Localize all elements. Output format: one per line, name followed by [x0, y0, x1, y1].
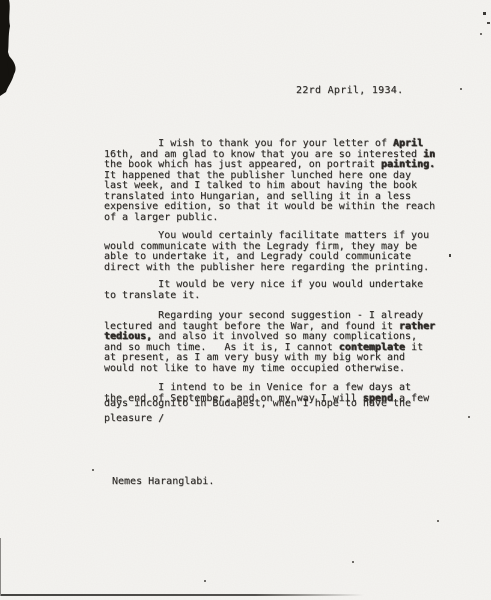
letter-line: direct with the publisher here regarding…	[104, 263, 454, 274]
dust-speck	[449, 254, 451, 257]
page-bottom-edge	[0, 594, 364, 596]
dust-speck	[92, 469, 94, 471]
overstruck-text: rather	[399, 321, 435, 332]
dust-speck	[468, 416, 470, 418]
dust-speck	[460, 88, 462, 90]
signature-name: Nemes Haranglabi.	[112, 476, 214, 487]
dust-speck	[204, 580, 206, 582]
overstruck-text: April	[393, 138, 423, 149]
dust-speck	[480, 33, 482, 35]
overstruck-text: tedious,	[104, 331, 152, 342]
paragraph: It would be very nice if you would under…	[104, 280, 454, 301]
page-left-edge	[0, 538, 1, 596]
letter-page: 22rd April, 1934. I wish to thank you fo…	[0, 0, 491, 600]
dust-speck	[487, 22, 490, 24]
paragraph: You would certainly facilitate matters i…	[104, 231, 454, 273]
paragraph: Regarding your second suggestion - I alr…	[104, 311, 454, 374]
dust-speck	[437, 520, 439, 522]
overstruck-text: contemplate	[339, 342, 405, 353]
letter-line: pleasure /	[104, 414, 454, 425]
letter-line: would not like to have my time occupied …	[104, 364, 454, 375]
overstruck-text: painting.	[381, 159, 435, 170]
letter-line: of a larger public.	[104, 213, 454, 224]
letter-line: days incognito in Budapest, when I hope …	[104, 399, 454, 410]
paragraph: I wish to thank you for your letter of A…	[104, 139, 454, 223]
letter-line: to translate it.	[104, 291, 454, 302]
letter-date: 22rd April, 1934.	[296, 85, 403, 96]
letter-body: I wish to thank you for your letter of A…	[104, 139, 454, 424]
paragraph: I intend to be in Venice for a few days …	[104, 383, 454, 424]
binding-ink-mark	[0, 0, 26, 100]
overstruck-text: in	[423, 149, 435, 160]
dust-speck	[352, 561, 354, 563]
dust-speck	[483, 12, 486, 15]
